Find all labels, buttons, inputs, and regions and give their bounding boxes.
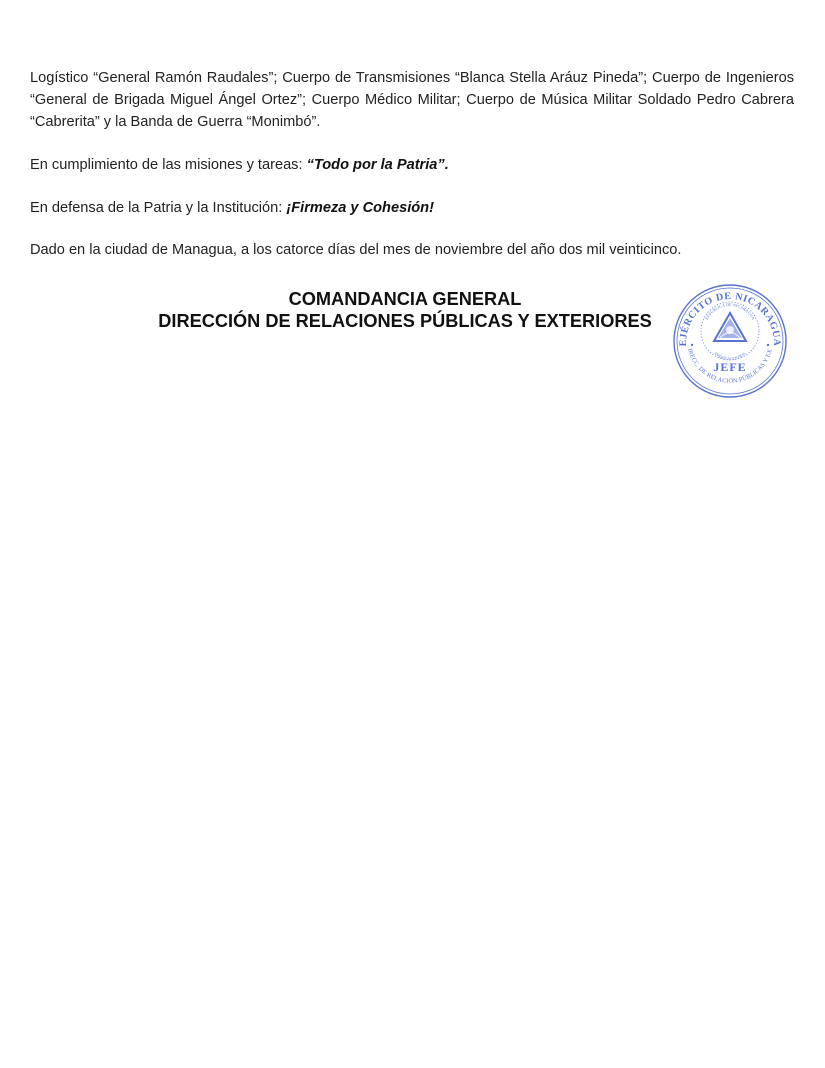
svg-text:JEFE: JEFE [713, 360, 746, 374]
paragraph-corps-list: Logístico “General Ramón Raudales”; Cuer… [30, 67, 794, 133]
mission-prefix: En cumplimiento de las misiones y tareas… [30, 157, 307, 173]
defense-prefix: En defensa de la Patria y la Institución… [30, 200, 286, 216]
seal-icon: EJÉRCITO DE NICARAGUA DIRECC. DE RELACIÓ… [672, 283, 788, 399]
paragraph-date: Dado en la ciudad de Managua, a los cato… [30, 239, 794, 261]
official-seal-stamp: EJÉRCITO DE NICARAGUA DIRECC. DE RELACIÓ… [672, 283, 788, 399]
paragraph-mission: En cumplimiento de las misiones y tareas… [30, 154, 794, 176]
mission-motto: “Todo por la Patria”. [307, 157, 449, 173]
signature-block: COMANDANCIA GENERAL DIRECCIÓN DE RELACIO… [110, 288, 700, 332]
paragraph-defense: En defensa de la Patria y la Institución… [30, 197, 794, 219]
document-page: Logístico “General Ramón Raudales”; Cuer… [0, 0, 825, 1068]
signature-line-2: DIRECCIÓN DE RELACIONES PÚBLICAS Y EXTER… [110, 310, 700, 332]
signature-line-1: COMANDANCIA GENERAL [110, 288, 700, 310]
defense-motto: ¡Firmeza y Cohesión! [286, 200, 434, 216]
